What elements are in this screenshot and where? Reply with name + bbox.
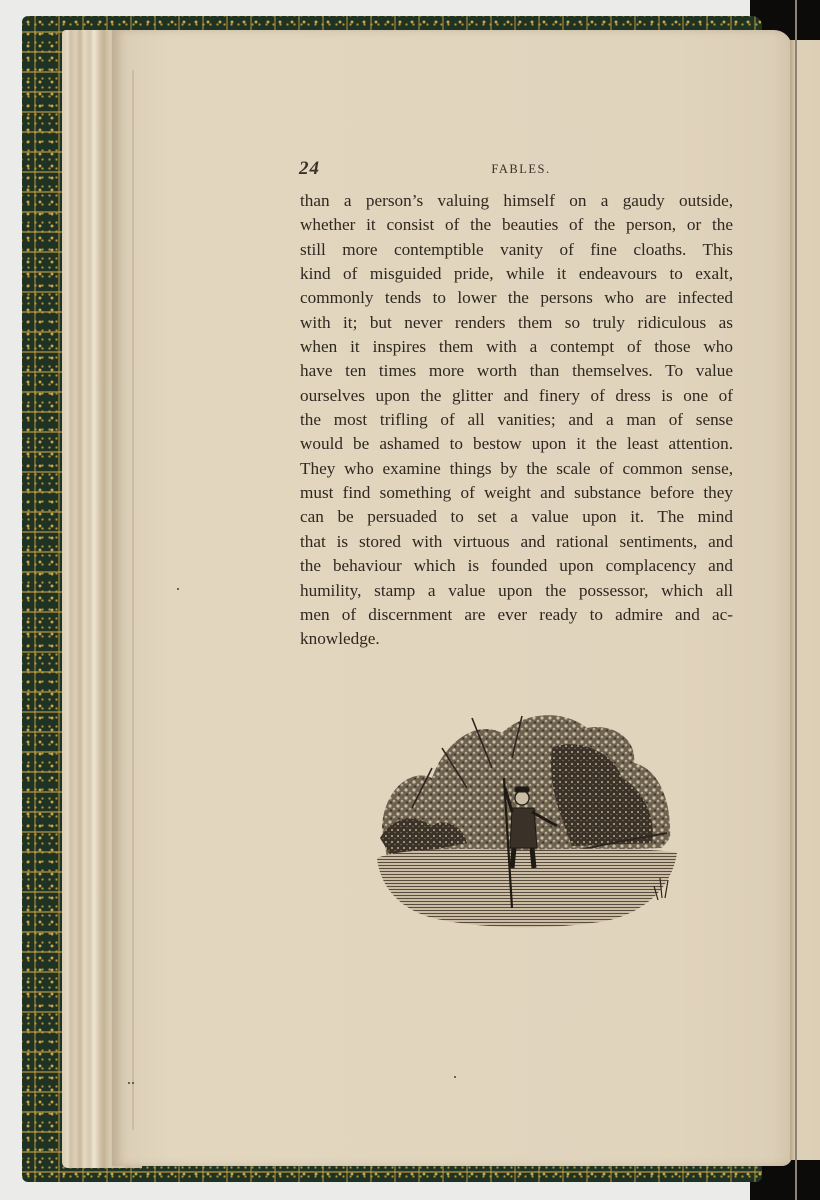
text-line: would be ashamed to bestow upon it the l… (300, 432, 733, 456)
paper-speck (128, 1082, 130, 1084)
text-line: still more contemptible vanity of fine c… (300, 238, 733, 262)
text-line: the most trifling of all vanities; and a… (300, 408, 733, 432)
text-line: the behaviour which is founded upon comp… (300, 554, 733, 578)
paper-speck (454, 1076, 456, 1078)
text-line: than a person’s valuing himself on a gau… (300, 189, 733, 213)
text-line: men of discernment are ever ready to adm… (300, 603, 733, 627)
body-text: than a person’s valuing himself on a gau… (300, 189, 733, 652)
text-line: They who examine things by the scale of … (300, 457, 733, 481)
text-line: have ten times more worth than themselve… (300, 359, 733, 383)
text-line: commonly tends to lower the persons who … (300, 286, 733, 310)
running-title: FABLES. (299, 162, 733, 177)
text-line: with it; but never renders them so truly… (300, 311, 733, 335)
text-line: that is stored with virtuous and rationa… (300, 530, 733, 554)
leaf-edge-line (795, 0, 797, 1200)
running-head: 24 FABLES. (299, 160, 733, 184)
text-line: humility, stamp a value upon the possess… (300, 579, 733, 603)
text-line: when it inspires them with a contempt of… (300, 335, 733, 359)
wood-engraving-man-wading-in-stream-icon (372, 708, 682, 930)
text-line: must find something of weight and substa… (300, 481, 733, 505)
paper-speck (132, 1082, 134, 1084)
paper-speck (177, 588, 179, 590)
text-line: kind of misguided pride, while it endeav… (300, 262, 733, 286)
page-stain-line (132, 70, 134, 1130)
text-line: knowledge. (300, 627, 733, 651)
text-line: whether it consist of the beauties of th… (300, 213, 733, 237)
text-line: can be persuaded to set a value upon it.… (300, 505, 733, 529)
text-line: ourselves upon the glitter and finery of… (300, 384, 733, 408)
